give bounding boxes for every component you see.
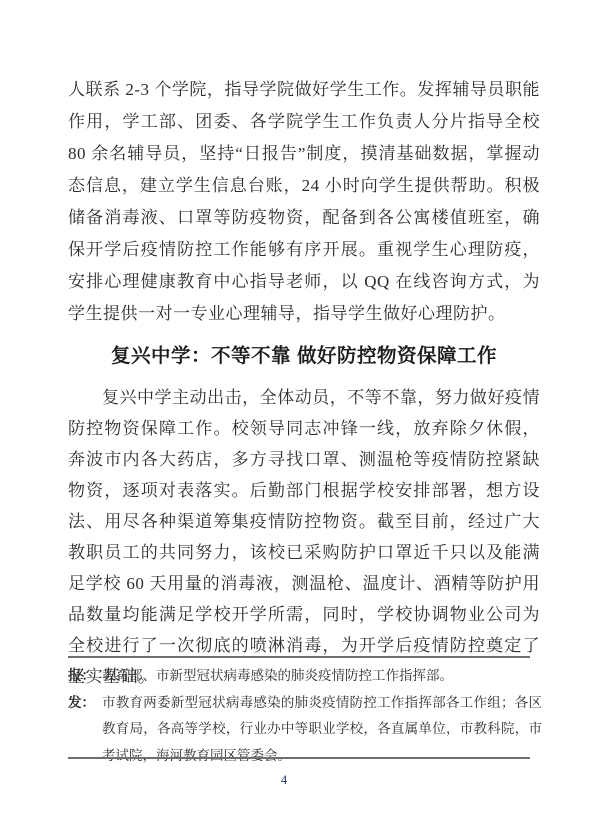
- report-row: 报： 教育部、市新型冠状病毒感染的肺炎疫情防控工作指挥部。: [68, 663, 542, 690]
- report-label: 报：: [68, 663, 102, 690]
- section-heading: 复兴中学：不等不靠 做好防控物资保障工作: [68, 340, 540, 368]
- distribution-divider-top: [68, 656, 530, 658]
- continuation-paragraph: 人联系 2-3 个学院，指导学院做好学生工作。发挥辅导员职能作用，学工部、团委、…: [68, 74, 540, 330]
- page-number: 4: [268, 772, 300, 788]
- copy-label: 发：: [68, 690, 102, 717]
- distribution-divider-bottom: [68, 757, 530, 759]
- document-page: 人联系 2-3 个学院，指导学院做好学生工作。发挥辅导员职能作用，学工部、团委、…: [0, 0, 601, 830]
- distribution-list: 报： 教育部、市新型冠状病毒感染的肺炎疫情防控工作指挥部。 发： 市教育两委新型…: [68, 663, 542, 769]
- report-text: 教育部、市新型冠状病毒感染的肺炎疫情防控工作指挥部。: [102, 663, 542, 690]
- section-paragraph: 复兴中学主动出击，全体动员，不等不靠，努力做好疫情防控物资保障工作。校领导同志冲…: [68, 382, 540, 692]
